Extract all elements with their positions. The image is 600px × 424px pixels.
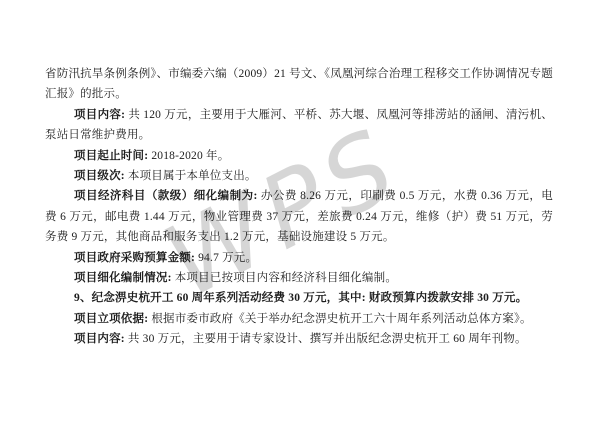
document-page: WPS 省防汛抗旱条例条例》、市编委六编（2009）21 号文、《凤凰河综合治理… <box>0 0 600 424</box>
paragraph-label: 项目细化编制情况: <box>74 272 175 284</box>
paragraph-text: 共 30 万元，主要用于请专家设计、撰写并出版纪念淠史杭开工 60 周年刊物。 <box>128 333 527 345</box>
paragraph-project-content-2: 项目内容: 共 30 万元，主要用于请专家设计、撰写并出版纪念淠史杭开工 60 … <box>45 329 553 349</box>
paragraph-project-level: 项目级次: 本项目属于本单位支出。 <box>45 166 553 186</box>
paragraph-label: 项目立项依据: <box>74 313 151 325</box>
paragraph-label: 项目内容: <box>74 333 128 345</box>
paragraph-text: 9、纪念淠史杭开工 60 周年系列活动经费 30 万元，其中: 财政预算内拨款安… <box>74 292 527 304</box>
paragraph-text: 2018-2020 年。 <box>151 150 229 162</box>
document-body: 省防汛抗旱条例条例》、市编委六编（2009）21 号文、《凤凰河综合治理工程移交… <box>45 64 553 350</box>
paragraph-text: 省防汛抗旱条例条例》、市编委六编（2009）21 号文、《凤凰河综合治理工程移交… <box>45 68 553 100</box>
paragraph-continuation: 省防汛抗旱条例条例》、市编委六编（2009）21 号文、《凤凰河综合治理工程移交… <box>45 64 553 105</box>
paragraph-economic-items: 项目经济科目（款级）细化编制为: 办公费 8.26 万元，印刷费 0.5 万元，… <box>45 186 553 247</box>
paragraph-text: 94.7 万元。 <box>198 252 257 264</box>
paragraph-label: 项目起止时间: <box>74 150 151 162</box>
paragraph-project-duration: 项目起止时间: 2018-2020 年。 <box>45 146 553 166</box>
paragraph-item-9-heading: 9、纪念淠史杭开工 60 周年系列活动经费 30 万元，其中: 财政预算内拨款安… <box>45 288 553 308</box>
paragraph-label: 项目内容: <box>74 109 128 121</box>
paragraph-text: 根据市委市政府《关于举办纪念淠史杭开工六十周年系列活动总体方案》。 <box>151 313 531 325</box>
paragraph-project-basis: 项目立项依据: 根据市委市政府《关于举办纪念淠史杭开工六十周年系列活动总体方案》… <box>45 309 553 329</box>
paragraph-label: 项目级次: <box>74 170 128 182</box>
paragraph-procurement-budget: 项目政府采购预算金额: 94.7 万元。 <box>45 248 553 268</box>
paragraph-refinement-status: 项目细化编制情况: 本项目已按项目内容和经济科目细化编制。 <box>45 268 553 288</box>
paragraph-text: 本项目已按项目内容和经济科目细化编制。 <box>175 272 397 284</box>
paragraph-label: 项目政府采购预算金额: <box>74 252 198 264</box>
paragraph-project-content-1: 项目内容: 共 120 万元，主要用于大雁河、平桥、苏大堰、凤凰河等排涝站的涵闸… <box>45 105 553 146</box>
paragraph-text: 本项目属于本单位支出。 <box>128 170 257 182</box>
paragraph-label: 项目经济科目（款级）细化编制为: <box>74 190 261 202</box>
